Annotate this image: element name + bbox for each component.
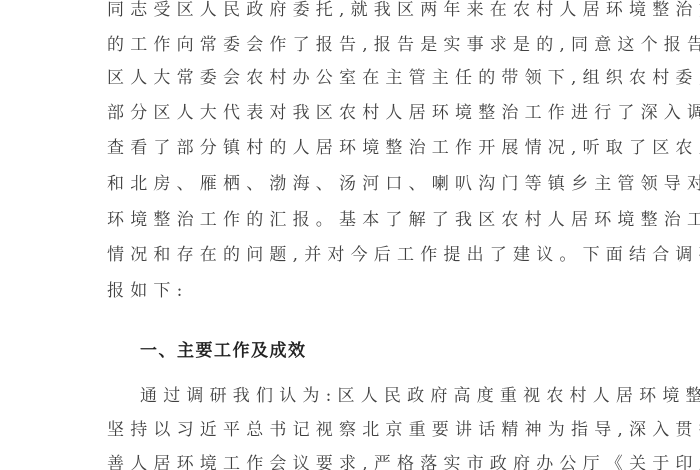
text-line: 通过调研我们认为:区人民政府高度重视农村人居环境整治工作, [140, 385, 597, 407]
text-line: 善人居环境工作会议要求,严格落实市政府办公厅《关于印发提升人 [107, 453, 597, 470]
document-page: 同志受区人民政府委托,就我区两年来在农村人居环境整治方面所做 的工作向常委会作了… [0, 0, 700, 470]
text-line: 报如下: [107, 280, 597, 302]
section-heading: 一、主要工作及成效 [140, 340, 307, 362]
text-line: 部分区人大代表对我区农村人居环境整治工作进行了深入调研。实地 [107, 102, 597, 124]
text-line: 同志受区人民政府委托,就我区两年来在农村人居环境整治方面所做 [107, 0, 597, 21]
text-line: 的工作向常委会作了报告,报告是实事求是的,同意这个报告。会前, [107, 34, 597, 56]
text-line: 区人大常委会农村办公室在主管主任的带领下,组织农村委员会委员、 [107, 67, 597, 89]
text-line: 坚持以习近平总书记视察北京重要讲话精神为指导,深入贯彻全国改 [107, 419, 597, 441]
text-line: 情况和存在的问题,并对今后工作提出了建议。下面结合调研情况汇 [107, 244, 597, 266]
text-line: 查看了部分镇村的人居环境整治工作开展情况,听取了区农业农村局 [107, 137, 597, 159]
text-line: 和北房、雁栖、渤海、汤河口、喇叭沟门等镇乡主管领导对农村人居 [107, 173, 597, 195]
text-line: 环境整治工作的汇报。基本了解了我区农村人居环境整治工作的开展 [107, 209, 597, 231]
